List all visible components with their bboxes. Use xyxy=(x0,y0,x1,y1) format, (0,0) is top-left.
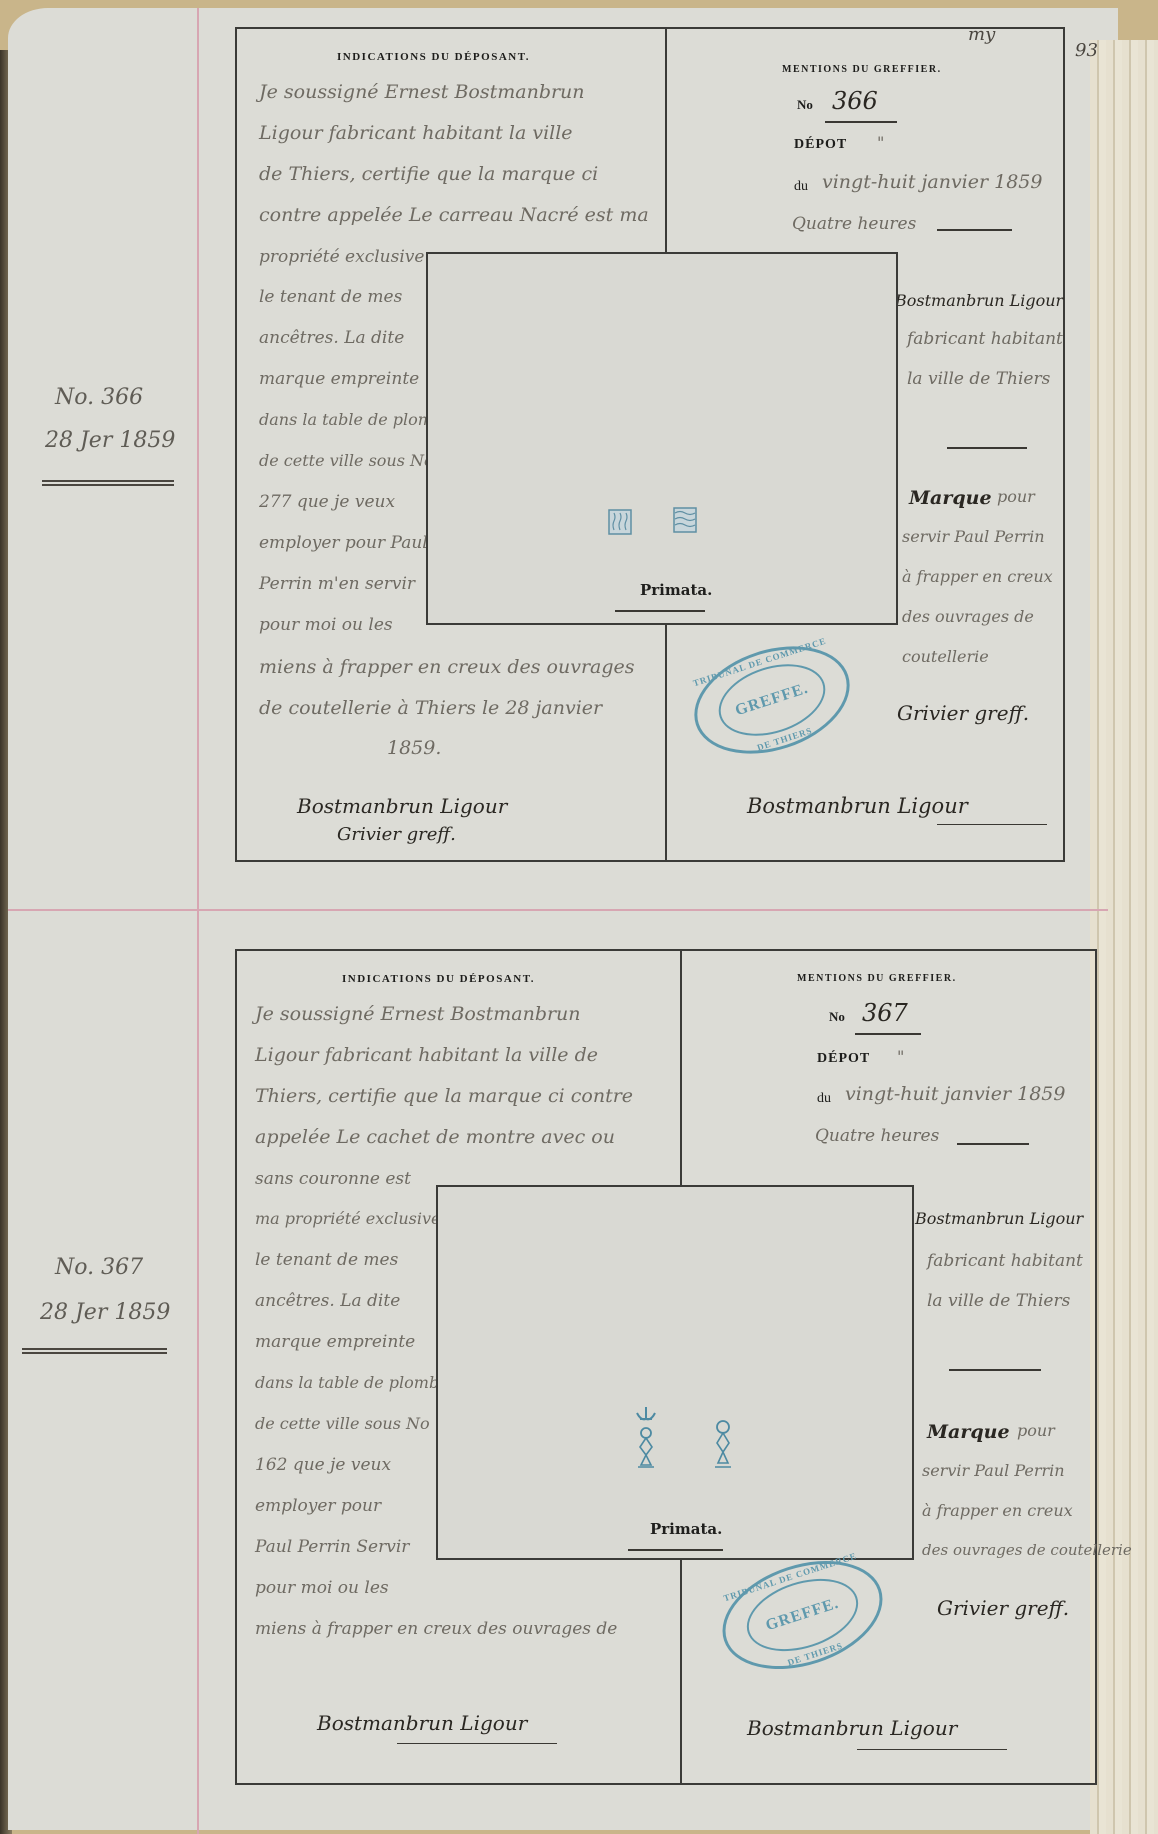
depositor-signature: Bostmanbrun Ligour xyxy=(297,794,507,818)
margin-note-date: 28 Jer 1859 xyxy=(40,1300,170,1325)
hour-underline xyxy=(957,1143,1029,1145)
waved-rectangle-icon xyxy=(673,507,697,533)
depot-mark: " xyxy=(897,1047,904,1066)
date-prefix: du xyxy=(794,179,808,195)
waved-rectangle-icon xyxy=(608,509,632,535)
deposant-header: Indications du déposant. xyxy=(342,973,535,985)
section-rule xyxy=(947,447,1027,449)
signature-underline xyxy=(397,1743,557,1744)
section-rule xyxy=(949,1369,1041,1371)
deposit-date: vingt-huit janvier 1859 xyxy=(845,1083,1065,1105)
seal-column-icon xyxy=(710,1417,736,1475)
depot-label: DÉPOT xyxy=(794,137,847,153)
mark-name-underline xyxy=(628,1549,723,1551)
greffier-header: Mentions du greffier. xyxy=(782,64,942,75)
margin-note-number: No. 366 xyxy=(55,385,143,410)
margin-note-date: 28 Jer 1859 xyxy=(45,428,175,453)
margin-note-underline xyxy=(42,480,174,486)
margin-note-underline xyxy=(22,1348,167,1354)
page-edges xyxy=(1090,40,1158,1834)
marque-label: Marque xyxy=(927,1421,1010,1443)
greffier-depositor-signature: Bostmanbrun Ligour xyxy=(747,794,968,818)
deposit-hour: Quatre heures xyxy=(815,1126,939,1146)
mark-impression-box: Primata. xyxy=(426,252,898,625)
mark-name: Primata. xyxy=(650,1520,722,1538)
greffier-depositor-name: Bostmanbrun Ligour xyxy=(895,291,1063,310)
deposit-hour: Quatre heures xyxy=(792,214,916,234)
greffier-header: Mentions du greffier. xyxy=(797,973,957,984)
number-underline xyxy=(855,1033,921,1035)
deposant-header: Indications du déposant. xyxy=(337,51,530,63)
mark-name: Primata. xyxy=(640,581,712,599)
date-prefix: du xyxy=(817,1091,831,1107)
margin-note-number: No. 367 xyxy=(55,1255,143,1280)
greffier-clerk-signature: Grivier greff. xyxy=(897,701,1029,725)
mark-name-underline xyxy=(615,610,705,612)
number-underline xyxy=(825,121,897,123)
greffier-clerk-signature: Grivier greff. xyxy=(937,1596,1069,1620)
depot-label: DÉPOT xyxy=(817,1051,870,1067)
signature-underline xyxy=(937,824,1047,825)
number-label: No xyxy=(829,1009,845,1025)
deposit-number: 367 xyxy=(862,999,908,1027)
greffier-depositor-signature: Bostmanbrun Ligour xyxy=(747,1716,957,1740)
crowned-seal-column-icon xyxy=(633,1405,659,1475)
deposit-date: vingt-huit janvier 1859 xyxy=(822,171,1042,193)
depot-mark: " xyxy=(877,133,884,152)
number-label: No xyxy=(797,97,813,113)
mark-impression-box: Primata. xyxy=(436,1185,914,1560)
hour-underline xyxy=(937,229,1012,231)
depositor-signature: Bostmanbrun Ligour xyxy=(317,1711,527,1735)
margin-rule-vertical xyxy=(197,8,199,1834)
margin-rule-horizontal xyxy=(8,909,1108,911)
greffier-depositor-name: Bostmanbrun Ligour xyxy=(915,1209,1083,1228)
marque-label: Marque xyxy=(909,487,992,509)
folio-page-number: 93 xyxy=(1075,40,1098,61)
signature-underline xyxy=(857,1749,1007,1750)
clerk-signature: Grivier greff. xyxy=(337,824,456,845)
deposit-number: 366 xyxy=(832,87,878,115)
